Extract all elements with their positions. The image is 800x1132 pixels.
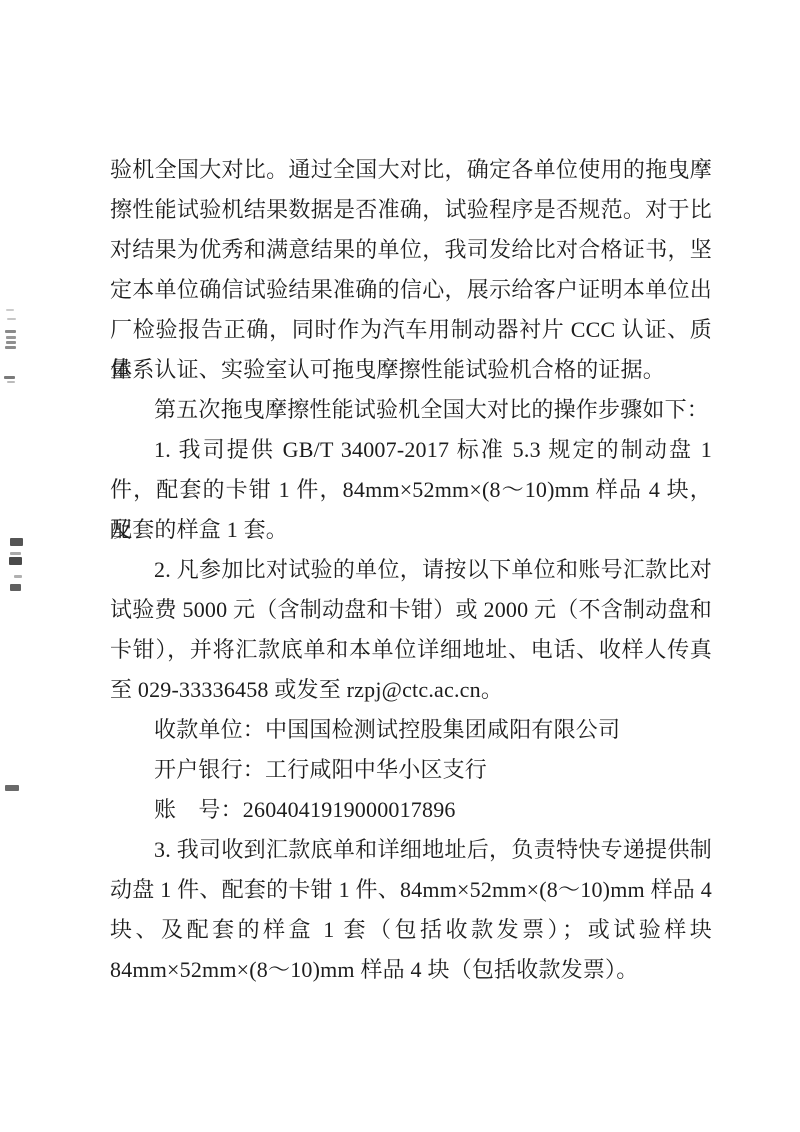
scan-artifact bbox=[4, 376, 15, 379]
text-line: 1. 我司提供 GB/T 34007-2017 标准 5.3 规定的制动盘 1 bbox=[110, 430, 712, 470]
text-line: 厂检验报告正确，同时作为汽车用制动器衬片 CCC 认证、质量 bbox=[110, 310, 712, 350]
text-line: 2. 凡参加比对试验的单位，请按以下单位和账号汇款比对 bbox=[110, 550, 712, 590]
scan-artifact bbox=[10, 538, 23, 546]
scan-artifact bbox=[7, 318, 16, 320]
text-line: 至 029-33336458 或发至 rzpj@ctc.ac.cn。 bbox=[110, 670, 712, 710]
scan-artifact bbox=[10, 584, 21, 591]
text-line: 对结果为优秀和满意结果的单位，我司发给比对合格证书，坚 bbox=[110, 230, 712, 270]
text-line: 动盘 1 件、配套的卡钳 1 件、84mm×52mm×(8～10)mm 样品 4 bbox=[110, 870, 712, 910]
scan-artifact bbox=[5, 346, 16, 349]
text-line: 擦性能试验机结果数据是否准确，试验程序是否规范。对于比 bbox=[110, 190, 712, 230]
text-line: 配套的样盒 1 套。 bbox=[110, 510, 712, 550]
document-page: 验机全国大对比。通过全国大对比，确定各单位使用的拖曳摩 擦性能试验机结果数据是否… bbox=[0, 0, 800, 1132]
scan-artifact bbox=[6, 336, 16, 339]
text-line: 体系认证、实验室认可拖曳摩擦性能试验机合格的证据。 bbox=[110, 350, 712, 390]
scan-artifact bbox=[9, 557, 22, 565]
text-line: 块、及配套的样盒 1 套（包括收款发票）；或试验样块 bbox=[110, 910, 712, 950]
text-line: 84mm×52mm×(8～10)mm 样品 4 块（包括收款发票）。 bbox=[110, 950, 712, 990]
scan-artifact bbox=[10, 552, 21, 555]
scan-artifact bbox=[7, 381, 15, 383]
text-line: 账 号：2604041919000017896 bbox=[110, 790, 712, 830]
scan-artifact bbox=[6, 309, 14, 311]
scan-artifact bbox=[6, 341, 16, 344]
text-line: 验机全国大对比。通过全国大对比，确定各单位使用的拖曳摩 bbox=[110, 150, 712, 190]
text-line: 第五次拖曳摩擦性能试验机全国大对比的操作步骤如下： bbox=[110, 390, 712, 430]
text-line: 卡钳），并将汇款底单和本单位详细地址、电话、收样人传真 bbox=[110, 630, 712, 670]
text-line: 3. 我司收到汇款底单和详细地址后，负责特快专递提供制 bbox=[110, 830, 712, 870]
scan-artifact bbox=[5, 330, 16, 333]
text-line: 开户银行：工行咸阳中华小区支行 bbox=[110, 750, 712, 790]
document-text: 验机全国大对比。通过全国大对比，确定各单位使用的拖曳摩 擦性能试验机结果数据是否… bbox=[110, 150, 712, 990]
scan-artifact bbox=[14, 575, 22, 578]
text-line: 件，配套的卡钳 1 件，84mm×52mm×(8～10)mm 样品 4 块，及 bbox=[110, 470, 712, 510]
scan-artifact bbox=[5, 785, 19, 791]
text-line: 定本单位确信试验结果准确的信心，展示给客户证明本单位出 bbox=[110, 270, 712, 310]
text-line: 收款单位：中国国检测试控股集团咸阳有限公司 bbox=[110, 710, 712, 750]
text-line: 试验费 5000 元（含制动盘和卡钳）或 2000 元（不含制动盘和 bbox=[110, 590, 712, 630]
